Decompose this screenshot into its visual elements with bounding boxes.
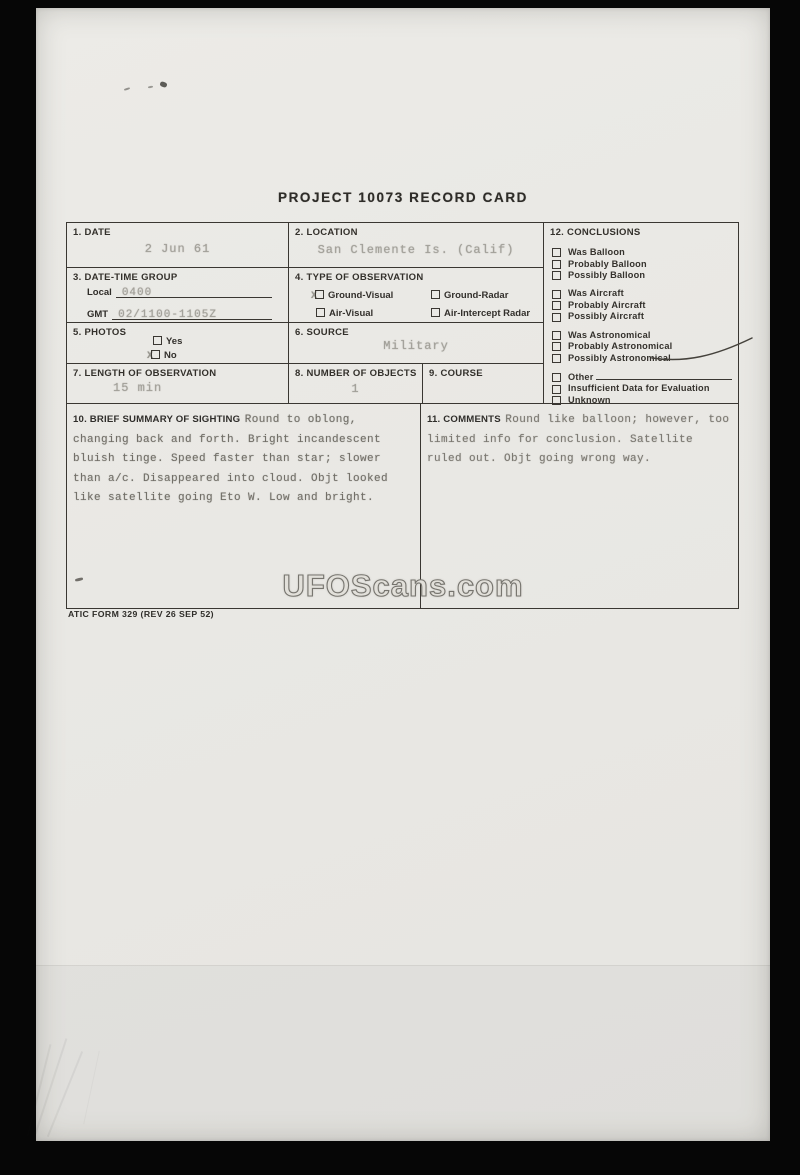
checkbox-icon: [153, 336, 162, 345]
number-of-objects-label: 8. NUMBER OF OBJECTS: [295, 368, 417, 379]
course-cell: 9. COURSE: [423, 364, 544, 404]
checkbox-icon: [315, 290, 324, 299]
checkbox-icon: [552, 354, 561, 363]
checkbox-icon: [552, 271, 561, 280]
checkbox-icon: [552, 260, 561, 269]
option-air-intercept-radar: Air-Intercept Radar: [431, 308, 530, 319]
checkbox-icon: [316, 308, 325, 317]
location-value: San Clemente Is. (Calif): [289, 243, 543, 257]
source-label: 6. SOURCE: [295, 327, 349, 338]
brief-summary-text: Round to oblong, changing back and forth…: [73, 414, 388, 504]
date-label: 1. DATE: [73, 227, 111, 238]
option-photos-yes: Yes: [153, 336, 182, 347]
length-of-observation-value: 15 min: [113, 381, 162, 395]
checkbox-icon: [552, 290, 561, 299]
checkbox-icon: [552, 342, 561, 351]
source-cell: 6. SOURCE Military: [289, 323, 544, 364]
gmt-label: GMT: [87, 309, 108, 320]
conclusions-list: Was Balloon Probably Balloon Possibly Ba…: [552, 247, 732, 407]
comments-label: 11. COMMENTS: [427, 414, 501, 425]
option-photos-no: XNo: [147, 350, 177, 362]
page-title: PROJECT 10073 RECORD CARD: [36, 190, 770, 205]
local-label: Local: [87, 287, 112, 298]
checkbox-icon: [552, 385, 561, 394]
checkbox-icon: [552, 331, 561, 340]
local-blank-line: 0400: [116, 284, 272, 298]
option-ground-visual: XGround-Visual: [311, 290, 393, 302]
location-cell: 2. LOCATION San Clemente Is. (Calif): [289, 223, 544, 268]
gmt-value: 02/1100-1105Z: [118, 309, 217, 321]
type-of-observation-label: 4. TYPE OF OBSERVATION: [295, 272, 424, 283]
local-value: 0400: [122, 287, 152, 299]
date-time-group-label: 3. DATE-TIME GROUP: [73, 272, 177, 283]
checkbox-icon: [552, 373, 561, 382]
date-value: 2 Jun 61: [67, 242, 288, 256]
paper-sheet: PROJECT 10073 RECORD CARD 1. DATE 2 Jun …: [36, 8, 770, 1141]
conclusion-item: Possibly Aircraft: [552, 311, 732, 323]
conclusion-item: Probably Aircraft: [552, 300, 732, 312]
option-ground-radar: Ground-Radar: [431, 290, 508, 301]
location-label: 2. LOCATION: [295, 227, 358, 238]
pencil-smudge: [148, 86, 153, 89]
conclusions-label: 12. CONCLUSIONS: [550, 227, 641, 238]
checkbox-icon: [552, 248, 561, 257]
paper-fold-lower: [36, 965, 770, 1141]
pencil-smudge: [124, 87, 130, 91]
record-card-table: 1. DATE 2 Jun 61 2. LOCATION San Clement…: [66, 222, 739, 609]
checkbox-icon: [552, 301, 561, 310]
conclusion-item: Possibly Balloon: [552, 270, 732, 282]
conclusion-item: Was Balloon: [552, 247, 732, 259]
conclusion-item-other: Other: [552, 371, 732, 384]
pencil-smudge: [159, 81, 167, 88]
watermark: UFOScans.com: [36, 568, 770, 604]
conclusion-item: Probably Astronomical: [552, 341, 732, 353]
conclusion-item: Was Aircraft: [552, 288, 732, 300]
length-of-observation-label: 7. LENGTH OF OBSERVATION: [73, 368, 216, 379]
checkbox-icon: [431, 308, 440, 317]
course-label: 9. COURSE: [429, 368, 483, 379]
conclusions-cell: 12. CONCLUSIONS Was Balloon Probably Bal…: [544, 223, 738, 404]
scanned-page: PROJECT 10073 RECORD CARD 1. DATE 2 Jun …: [0, 0, 800, 1175]
date-time-group-cell: 3. DATE-TIME GROUP Local 0400 GMT 02/110…: [67, 268, 289, 323]
conclusion-item: Was Astronomical: [552, 330, 732, 342]
checkbox-icon: [151, 350, 160, 359]
option-air-visual: Air-Visual: [316, 308, 373, 319]
checkbox-icon: [431, 290, 440, 299]
date-cell: 1. DATE 2 Jun 61: [67, 223, 289, 268]
number-of-objects-value: 1: [289, 382, 422, 396]
photos-label: 5. PHOTOS: [73, 327, 126, 338]
other-blank-line: [596, 371, 732, 380]
type-of-observation-cell: 4. TYPE OF OBSERVATION XGround-Visual Gr…: [289, 268, 544, 323]
number-of-objects-cell: 8. NUMBER OF OBJECTS 1: [289, 364, 423, 404]
conclusion-item: Possibly Astronomical: [552, 353, 732, 365]
photos-cell: 5. PHOTOS Yes XNo: [67, 323, 289, 364]
length-of-observation-cell: 7. LENGTH OF OBSERVATION 15 min: [67, 364, 289, 404]
brief-summary-label: 10. BRIEF SUMMARY OF SIGHTING: [73, 414, 240, 425]
conclusion-item: Insufficient Data for Evaluation: [552, 383, 732, 395]
gmt-blank-line: 02/1100-1105Z: [112, 306, 272, 320]
checkbox-icon: [552, 313, 561, 322]
form-number: ATIC FORM 329 (REV 26 SEP 52): [68, 609, 214, 619]
conclusion-item: Probably Balloon: [552, 259, 732, 271]
source-value: Military: [289, 339, 543, 353]
